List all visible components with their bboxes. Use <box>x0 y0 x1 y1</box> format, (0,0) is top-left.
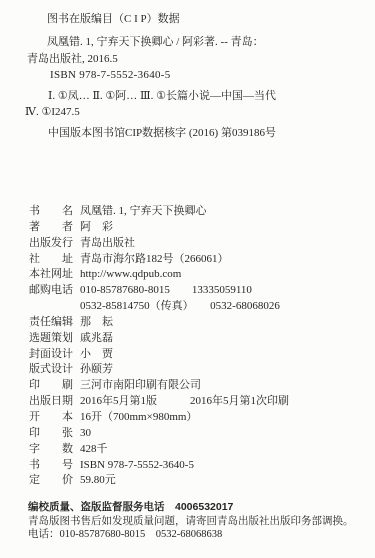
row-label: 出版日期 <box>29 394 73 410</box>
row-value: 16开（700mm×980mm） <box>80 410 197 426</box>
row-value: http://www.qdpub.com <box>80 267 181 283</box>
row-label: 书名 <box>29 204 73 220</box>
cip-class-line-1: Ⅰ. ①凤… Ⅱ. ①阿… Ⅲ. ①长篇小说—中国—当代 <box>48 90 276 103</box>
row-value: 凤凰错. 1, 宁弃天下换卿心 <box>80 204 207 220</box>
row-price: 定价59.80元 <box>29 473 375 489</box>
row-address: 社址青岛市海尔路182号（266061） <box>29 252 375 268</box>
row-label: 开本 <box>29 410 73 426</box>
row-value: ISBN 978-7-5552-3640-5 <box>80 458 194 474</box>
row-label: 选题策划 <box>29 331 73 347</box>
row-label: 定价 <box>29 473 73 489</box>
row-responsible-editor: 责任编辑那 耘 <box>29 315 375 331</box>
row-value: 戚兆磊 <box>80 331 113 347</box>
row-cover-designer: 封面设计小 贾 <box>29 347 375 363</box>
colophon-table: 书名凤凰错. 1, 宁弃天下换卿心 著者阿 彩 出版发行青岛出版社 社址青岛市海… <box>0 204 375 489</box>
row-word-count: 字数428千 <box>29 442 375 458</box>
piracy-hotline-line: 编校质量、盗版监督服务电话 4006532017 <box>28 501 368 515</box>
row-publication-date: 出版日期2016年5月第1版 2016年5月第1次印刷 <box>29 394 375 410</box>
row-label: 本社网址 <box>29 267 73 283</box>
row-value: 青岛市海尔路182号（266061） <box>80 252 229 268</box>
cip-record-number: 中国版本图书馆CIP数据核字 (2016) 第039186号 <box>48 127 276 140</box>
row-value: 010-85787680-8015 13335059110 <box>80 283 252 299</box>
row-label: 印张 <box>29 426 73 442</box>
row-label: 社址 <box>29 252 73 268</box>
row-format: 开本16开（700mm×980mm） <box>29 410 375 426</box>
row-value: 0532-85814750（传真） 0532-68068026 <box>80 299 280 315</box>
cip-heading: 图书在版编目（C I P）数据 <box>47 13 180 26</box>
row-label: 版式设计 <box>29 362 73 378</box>
row-fax-phone: 0532-85814750（传真） 0532-68068026 <box>29 299 375 315</box>
row-value: 那 耘 <box>80 315 113 331</box>
row-website: 本社网址http://www.qdpub.com <box>29 267 375 283</box>
row-book-title: 书名凤凰错. 1, 宁弃天下换卿心 <box>29 204 375 220</box>
row-label: 邮购电话 <box>29 283 73 299</box>
row-value: 三河市南阳印刷有限公司 <box>80 378 201 394</box>
cip-isbn-line: ISBN 978-7-5552-3640-5 <box>50 69 171 82</box>
row-value: 59.80元 <box>80 473 116 489</box>
row-value: 428千 <box>80 442 108 458</box>
row-label: 字数 <box>29 442 73 458</box>
row-printer: 印刷三河市南阳印刷有限公司 <box>29 378 375 394</box>
row-label: 封面设计 <box>29 347 73 363</box>
row-value: 青岛出版社 <box>80 236 135 252</box>
row-label: 印刷 <box>29 378 73 394</box>
row-layout-designer: 版式设计孙颐芳 <box>29 362 375 378</box>
row-printed-sheets: 印张30 <box>29 426 375 442</box>
cip-title-line: 凤凰错. 1, 宁弃天下换卿心 / 阿彩著. -- 青岛： <box>47 36 264 49</box>
copyright-page: 图书在版编目（C I P）数据 凤凰错. 1, 宁弃天下换卿心 / 阿彩著. -… <box>0 0 375 558</box>
quality-notice-block: 编校质量、盗版监督服务电话 4006532017 青岛版图书售后如发现质量问题，… <box>28 501 368 542</box>
row-value: 2016年5月第1版 2016年5月第1次印刷 <box>80 394 289 410</box>
row-value: 小 贾 <box>80 347 113 363</box>
row-value: 孙颐芳 <box>80 362 113 378</box>
row-mail-order-phone: 邮购电话010-85787680-8015 13335059110 <box>29 283 375 299</box>
cip-publisher-line: 青岛出版社, 2016.5 <box>27 53 118 66</box>
row-author: 著者阿 彩 <box>29 220 375 236</box>
row-label: 书号 <box>29 458 73 474</box>
row-label: 责任编辑 <box>29 315 73 331</box>
row-isbn: 书号ISBN 978-7-5552-3640-5 <box>29 458 375 474</box>
row-label: 出版发行 <box>29 236 73 252</box>
quality-return-notice: 青岛版图书售后如发现质量问题，请寄回青岛出版社出版印务部调换。 <box>28 515 368 529</box>
row-label: 著者 <box>29 220 73 236</box>
cip-class-line-2: Ⅳ. ①I247.5 <box>25 106 80 119</box>
service-phone-line: 电话：010-85787680-8015 0532-68068638 <box>28 528 368 542</box>
row-value: 30 <box>80 426 91 442</box>
row-value: 阿 彩 <box>80 220 113 236</box>
row-publisher: 出版发行青岛出版社 <box>29 236 375 252</box>
row-topic-planner: 选题策划戚兆磊 <box>29 331 375 347</box>
